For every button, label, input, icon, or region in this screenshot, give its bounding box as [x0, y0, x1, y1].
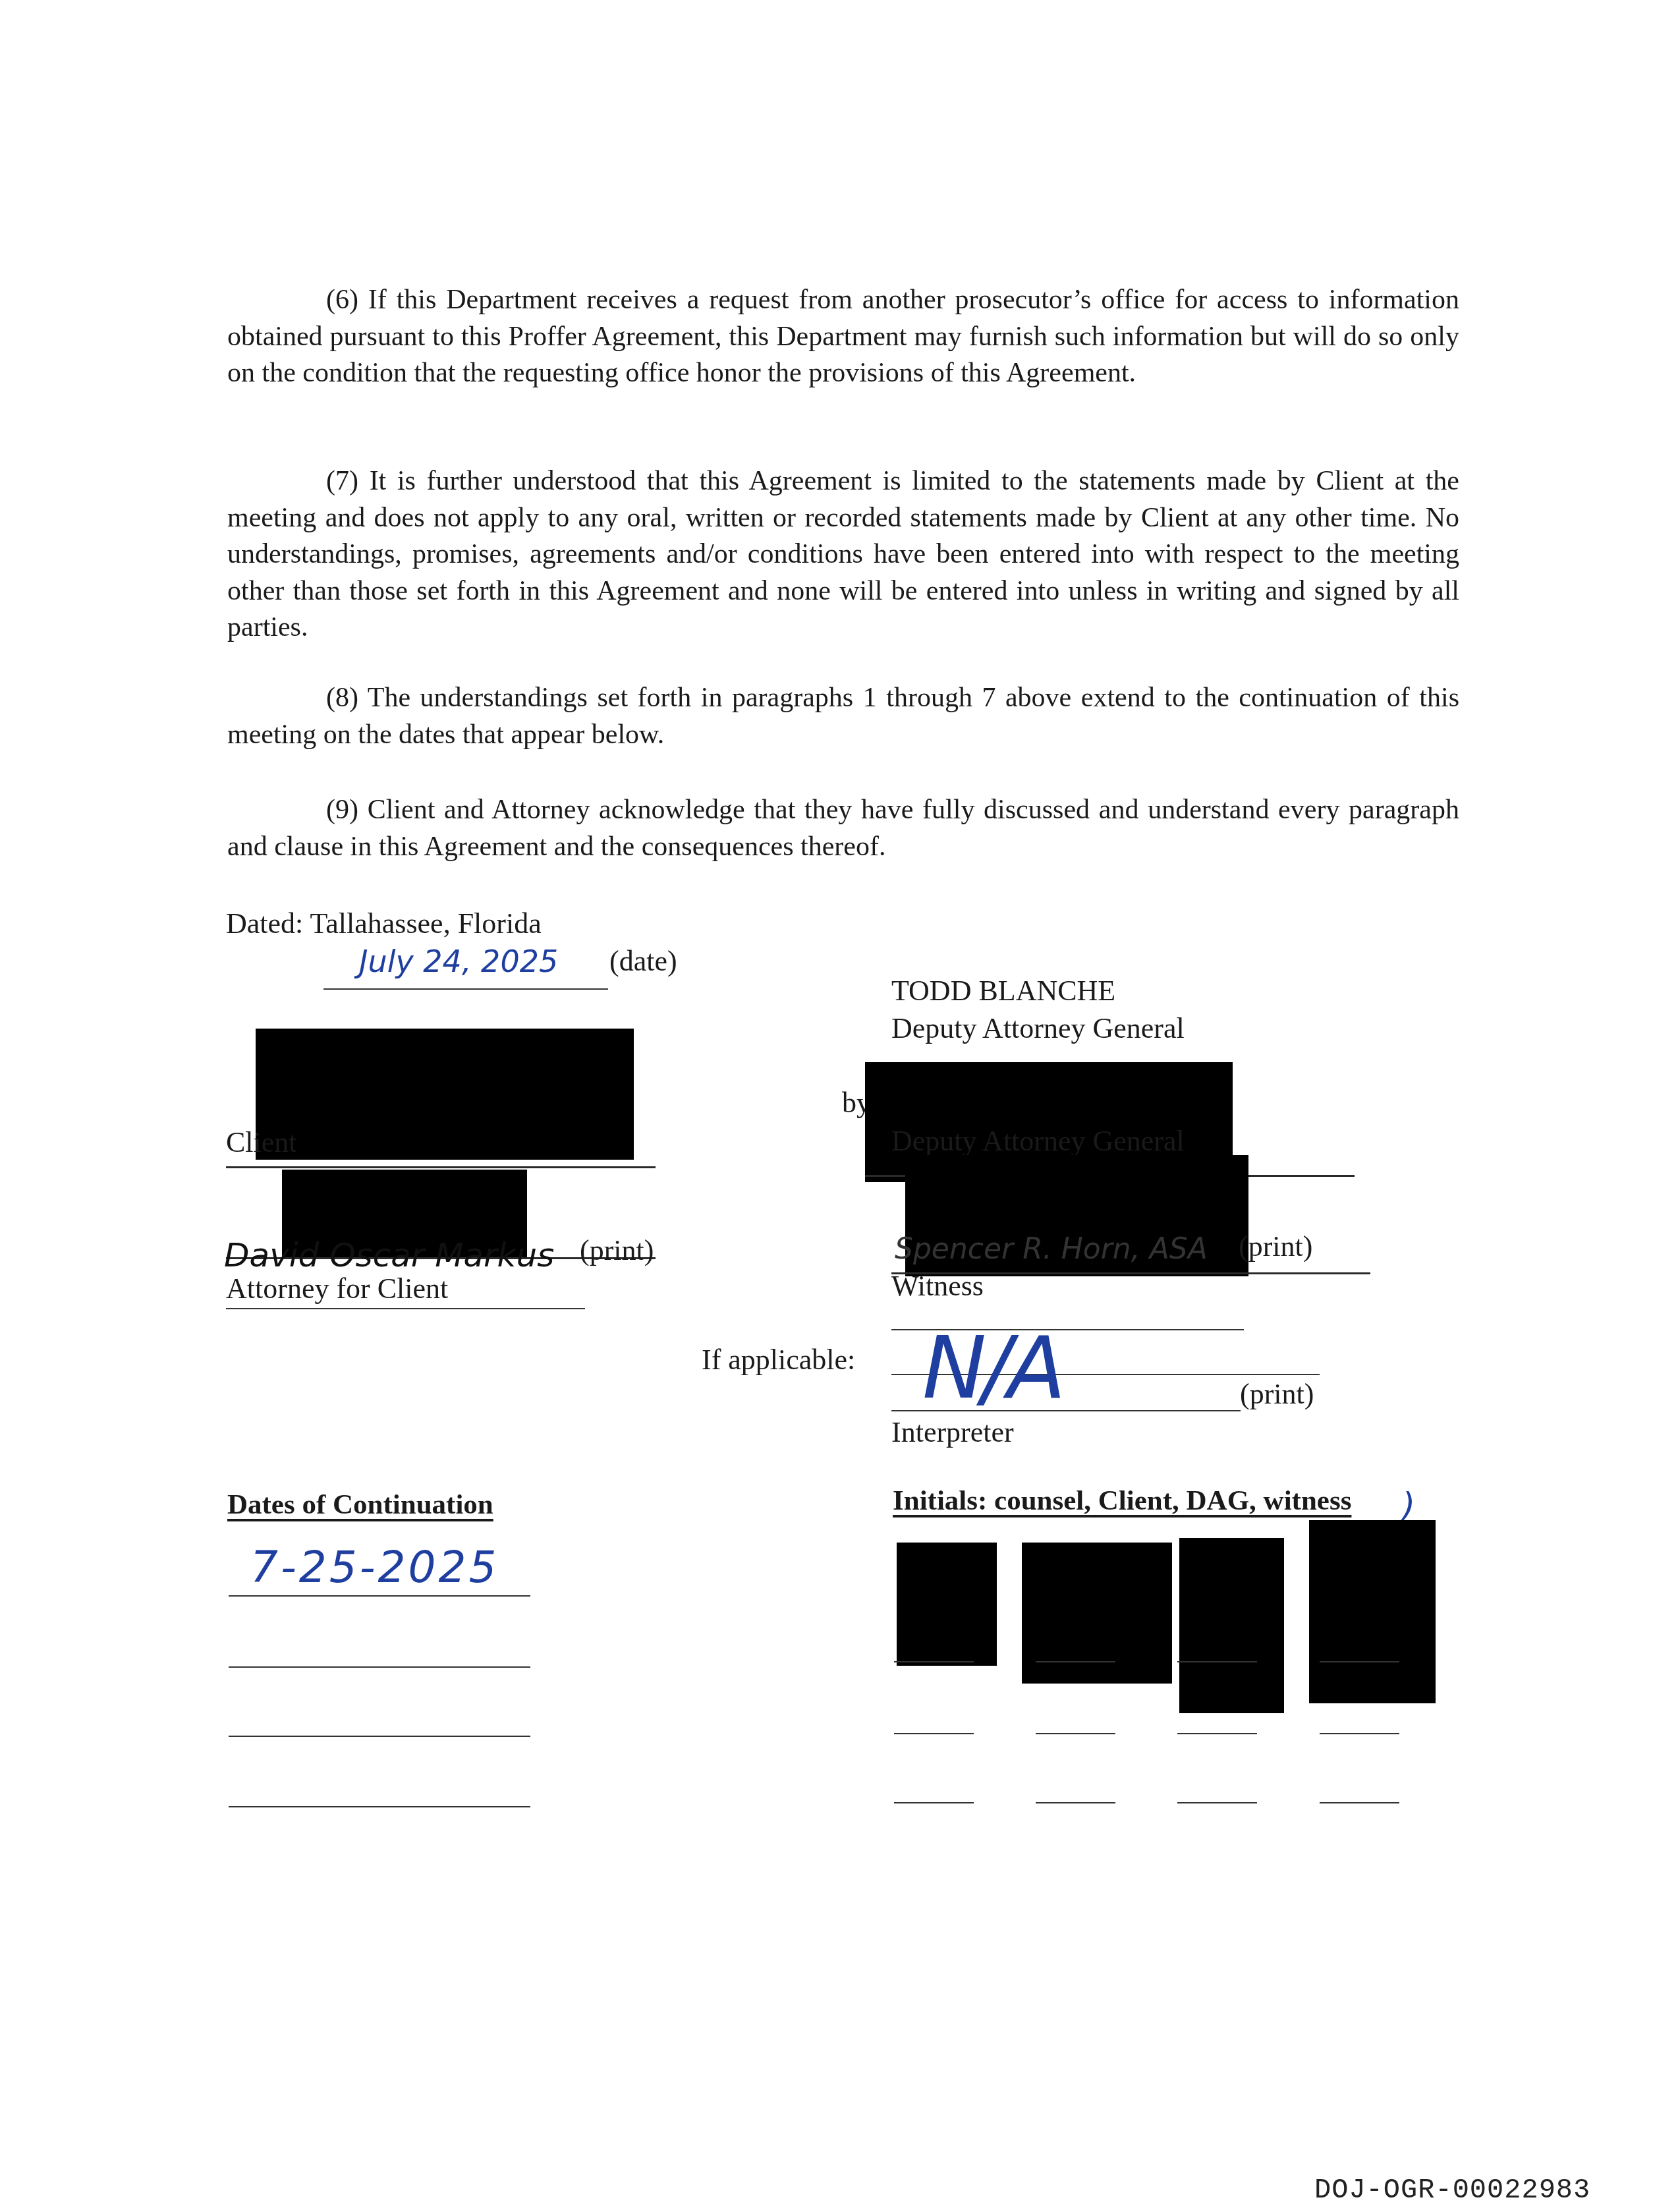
date-line [323, 988, 608, 990]
dag-title: Deputy Attorney General [891, 1014, 1185, 1043]
dated-location: Dated: Tallahassee, Florida [226, 909, 542, 938]
initials-line-client [1036, 1802, 1115, 1803]
client-signature-redaction [256, 1029, 634, 1160]
continuation-date-1: 7-25-2025 [250, 1542, 499, 1593]
initials-line-witness [1320, 1733, 1399, 1734]
continuation-line-4 [229, 1806, 530, 1807]
paragraph-6: (6) If this Department receives a reques… [227, 282, 1459, 392]
dag-name: TODD BLANCHE [891, 977, 1115, 1006]
initials-line-counsel [894, 1733, 974, 1734]
continuation-line-2 [229, 1666, 530, 1668]
initials-heading: Initials: counsel, Client, DAG, witness [893, 1487, 1351, 1515]
client-signature-line [226, 1166, 656, 1168]
witness-handwritten-name: Spencer R. Horn, ASA [895, 1232, 1208, 1266]
initials-dag-redaction [1179, 1538, 1284, 1713]
attorney-label: Attorney for Client [226, 1274, 448, 1303]
interpreter-label: Interpreter [891, 1418, 1014, 1447]
initials-line-counsel [894, 1661, 974, 1662]
witness-label: Witness [891, 1272, 984, 1301]
initials-line-client [1036, 1661, 1115, 1662]
continuation-line-1 [229, 1595, 530, 1597]
initials-line-dag [1177, 1733, 1257, 1734]
initials-witness-redaction [1309, 1520, 1436, 1703]
witness-print-suffix: (print) [1239, 1232, 1312, 1261]
initials-check-mark: ) [1402, 1486, 1415, 1525]
initials-line-dag [1177, 1802, 1257, 1803]
continuation-heading: Dates of Continuation [227, 1490, 493, 1519]
attorney-print-line [226, 1308, 585, 1309]
attorney-print-suffix: (print) [580, 1236, 654, 1265]
initials-line-witness [1320, 1802, 1399, 1803]
paragraph-8: (8) The understandings set forth in para… [227, 680, 1459, 753]
by-title: Deputy Attorney General [891, 1127, 1185, 1156]
initials-line-counsel [894, 1802, 974, 1803]
date-suffix: (date) [609, 947, 677, 976]
interpreter-print-line [891, 1410, 1241, 1411]
interpreter-if-applicable-label: If applicable: [702, 1346, 855, 1375]
handwritten-date: July 24, 2025 [359, 944, 558, 979]
interpreter-print-suffix: (print) [1240, 1380, 1314, 1409]
interpreter-handwritten-na: N/A [922, 1318, 1062, 1418]
continuation-line-3 [229, 1736, 530, 1737]
initials-line-witness [1320, 1661, 1399, 1662]
initials-line-dag [1177, 1661, 1257, 1662]
attorney-handwritten-name: David Oscar Markus [224, 1236, 554, 1274]
initials-line-client [1036, 1733, 1115, 1734]
initials-counsel-redaction [897, 1543, 997, 1666]
paragraph-9: (9) Client and Attorney acknowledge that… [227, 792, 1459, 865]
paragraph-7: (7) It is further understood that this A… [227, 463, 1459, 646]
bates-number: DOJ-OGR-00022983 [1314, 2174, 1590, 2206]
client-label: Client [226, 1128, 297, 1157]
